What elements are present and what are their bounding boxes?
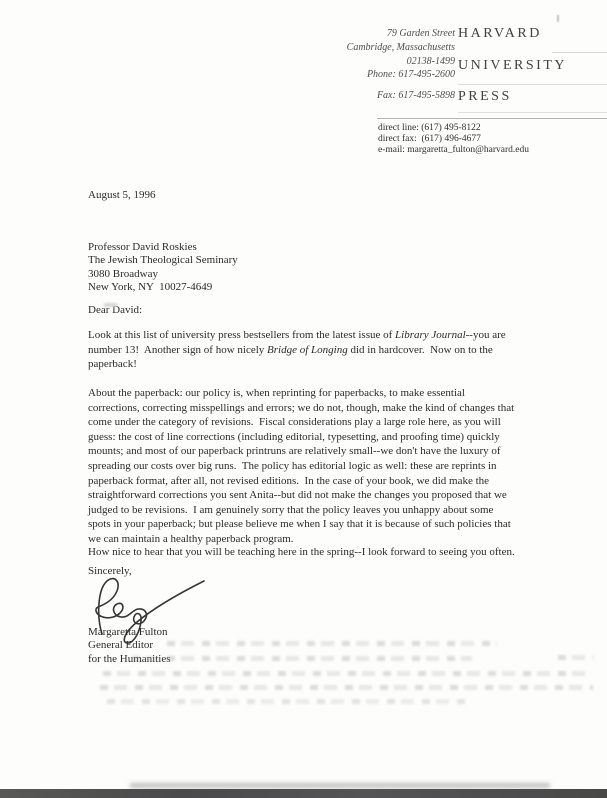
letterhead-address-block: 79 Garden StreetCambridge, Massachusetts… <box>347 27 455 82</box>
letterhead-contact-line: direct fax: (617) 496-4677 <box>378 134 529 145</box>
paragraph-line: number 13! Another sign of how nicely Br… <box>88 343 506 358</box>
paragraph-line: paperback! <box>88 357 506 372</box>
letterhead-rule <box>458 84 607 85</box>
paragraph-line: guess: the cost of line corrections (inc… <box>88 430 514 445</box>
scanner-edge-smudge <box>130 783 550 788</box>
bleedthrough-streak <box>100 685 593 690</box>
text-run: spreading our costs over big runs. The p… <box>88 460 497 472</box>
paragraph-line: spots in your paperback; but please beli… <box>88 517 514 532</box>
letter-paragraph: Look at this list of university press be… <box>88 328 506 372</box>
recipient-address-line: Professor David Roskies <box>88 241 238 254</box>
signer-line: Margaretta Fulton <box>88 626 170 639</box>
letterhead-contact-line: direct line: (617) 495-8122 <box>378 123 529 134</box>
text-run: How nice to hear that you will be teachi… <box>88 546 515 558</box>
text-run: mounts; and most of our paperback printr… <box>88 445 501 457</box>
letterhead-address-line: 79 Garden Street <box>347 27 455 41</box>
letterhead-address-line: Cambridge, Massachusetts <box>347 41 455 55</box>
bleedthrough-streak <box>558 655 594 660</box>
text-run: spots in your paperback; but please beli… <box>88 518 511 530</box>
paragraph-line: Look at this list of university press be… <box>88 328 506 343</box>
recipient-address-line: New York, NY 10027-4649 <box>88 281 238 294</box>
letterhead-rule <box>552 52 607 53</box>
paragraph-line: come under the category of revisions. Fi… <box>88 415 514 430</box>
letter-date: August 5, 1996 <box>88 189 156 201</box>
scan-smudge <box>104 303 117 307</box>
press-logo-word: HARVARD <box>458 27 567 59</box>
bleedthrough-streak <box>103 671 587 676</box>
paragraph-line: paperback format, after all, not revised… <box>88 474 514 489</box>
letter-paragraph: About the paperback: our policy is, when… <box>88 386 514 547</box>
text-run: judged to be revisions. I am genuinely s… <box>88 504 493 516</box>
recipient-address-block: Professor David RoskiesThe Jewish Theolo… <box>88 241 238 294</box>
text-run: we can maintain a healthy paperback prog… <box>88 533 294 545</box>
letterhead-rule <box>377 118 607 119</box>
paragraph-line: judged to be revisions. I am genuinely s… <box>88 503 514 518</box>
press-logo-word: UNIVERSITY <box>458 59 567 91</box>
paragraph-line: mounts; and most of our paperback printr… <box>88 444 514 459</box>
text-run: --you are <box>466 329 506 341</box>
text-run: did in hardcover. Now on to the <box>348 344 493 356</box>
letterhead-address-line: Phone: 617-495-2600 <box>347 68 455 82</box>
paragraph-line: corrections, correcting misspellings and… <box>88 401 514 416</box>
text-run: straightforward corrections you sent Ani… <box>88 489 507 501</box>
paragraph-line: About the paperback: our policy is, when… <box>88 386 514 401</box>
letterhead-address-line: 02138-1499 <box>347 55 455 69</box>
signer-line: General Editor <box>88 639 170 652</box>
recipient-address-line: The Jewish Theological Seminary <box>88 254 238 267</box>
text-run: About the paperback: our policy is, when… <box>88 387 465 399</box>
paragraph-line: straightforward corrections you sent Ani… <box>88 488 514 503</box>
text-run: corrections, correcting misspellings and… <box>88 402 514 414</box>
press-logo: HARVARDUNIVERSITYPRESS <box>458 27 567 122</box>
scanner-edge-bar <box>0 789 607 798</box>
bleedthrough-streak <box>167 641 497 646</box>
press-logo-word: PRESS <box>458 90 567 122</box>
text-run: guess: the cost of line corrections (inc… <box>88 431 500 443</box>
letterhead-contact-block: direct line: (617) 495-8122direct fax: (… <box>378 123 529 157</box>
scan-speck <box>557 15 559 22</box>
scanned-letter-page: 79 Garden StreetCambridge, Massachusetts… <box>0 0 607 798</box>
letterhead-contact-line: e-mail: margaretta_fulton@harvard.edu <box>378 145 529 156</box>
letterhead-fax-line: Fax: 617-495-5898 <box>377 90 455 101</box>
letter-paragraph: How nice to hear that you will be teachi… <box>88 545 515 560</box>
text-run: come under the category of revisions. Fi… <box>88 416 501 428</box>
letterhead-rule <box>458 112 607 113</box>
paragraph-line: How nice to hear that you will be teachi… <box>88 545 515 560</box>
italic-title: Library Journal <box>395 329 466 341</box>
bleedthrough-streak <box>107 699 467 704</box>
italic-title: Bridge of Longing <box>267 344 348 356</box>
text-run: Look at this list of university press be… <box>88 329 395 341</box>
recipient-address-line: 3080 Broadway <box>88 268 238 281</box>
text-run: paperback format, after all, not revised… <box>88 475 489 487</box>
text-run: number 13! Another sign of how nicely <box>88 344 267 356</box>
paragraph-line: spreading our costs over big runs. The p… <box>88 459 514 474</box>
bleedthrough-streak <box>132 656 472 661</box>
text-run: paperback! <box>88 358 137 370</box>
